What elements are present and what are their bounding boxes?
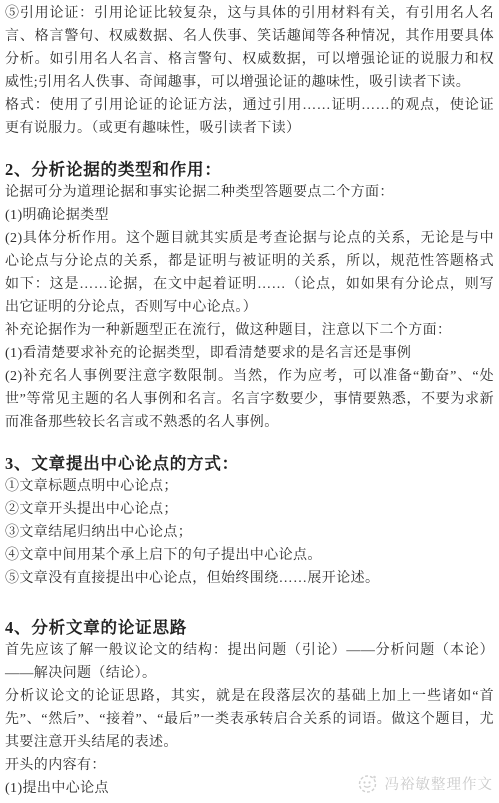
- paragraph: (1)明确论据类型: [5, 204, 494, 227]
- paragraph: ③文章结尾归纳出中心论点；: [5, 521, 494, 544]
- document-body: ⑤引用论证：引用论证比较复杂，这与具体的引用材料有关，有引用名人名言、格言警句、…: [0, 0, 499, 800]
- watermark: 冯裕敏整理作文: [357, 773, 494, 794]
- document-section: 2、分析论据的类型和作用：论据可分为道理论据和事实论据二种类型答题要点二个方面：…: [5, 158, 494, 434]
- paragraph: ④文章中间用某个承上启下的句子提出中心论点。: [5, 544, 494, 567]
- paragraph: 格式：使用了引用论证的论证方法，通过引用……证明……的观点，使论证更有说服力。（…: [5, 94, 494, 140]
- paragraph: ①文章标题点明中心论点；: [5, 475, 494, 498]
- paragraph: 分析议论文的论证思路，其实，就是在段落层次的基础上加上一些诸如“首先”、“然后”…: [5, 685, 494, 754]
- paragraph: ⑤引用论证：引用论证比较复杂，这与具体的引用材料有关，有引用名人名言、格言警句、…: [5, 2, 494, 94]
- paragraph: ⑤文章没有直接提出中心论点，但始终围绕……展开论述。: [5, 567, 494, 590]
- watermark-text: 冯裕敏整理作文: [385, 773, 494, 794]
- watermark-logo-icon: [357, 773, 378, 794]
- paragraph: 首先应该了解一般议论文的结构：提出问题（引论）——分析问题（本论）——解决问题（…: [5, 639, 494, 685]
- paragraph: 论据可分为道理论据和事实论据二种类型答题要点二个方面：: [5, 181, 494, 204]
- section-heading: 4、分析文章的论证思路: [5, 616, 494, 639]
- document-section: 3、文章提出中心论点的方式：①文章标题点明中心论点；②文章开头提出中心论点；③文…: [5, 452, 494, 590]
- paragraph: ②文章开头提出中心论点；: [5, 498, 494, 521]
- paragraph: 补充论据作为一种新题型正在流行，做这种题目，注意以下二个方面：: [5, 319, 494, 342]
- section-heading: 3、文章提出中心论点的方式：: [5, 452, 494, 475]
- paragraph: (1)看清楚要求补充的论据类型，即看清楚要求的是名言还是事例: [5, 342, 494, 365]
- document-section: ⑤引用论证：引用论证比较复杂，这与具体的引用材料有关，有引用名人名言、格言警句、…: [5, 2, 494, 140]
- paragraph: (2)补充名人事例要注意字数限制。当然，作为应考，可以准备“勤奋”、“处世”等常…: [5, 365, 494, 434]
- section-heading: 2、分析论据的类型和作用：: [5, 158, 494, 181]
- paragraph: (2)具体分析作用。这个题目就其实质是考查论据与论点的关系，无论是与中心论点与分…: [5, 227, 494, 319]
